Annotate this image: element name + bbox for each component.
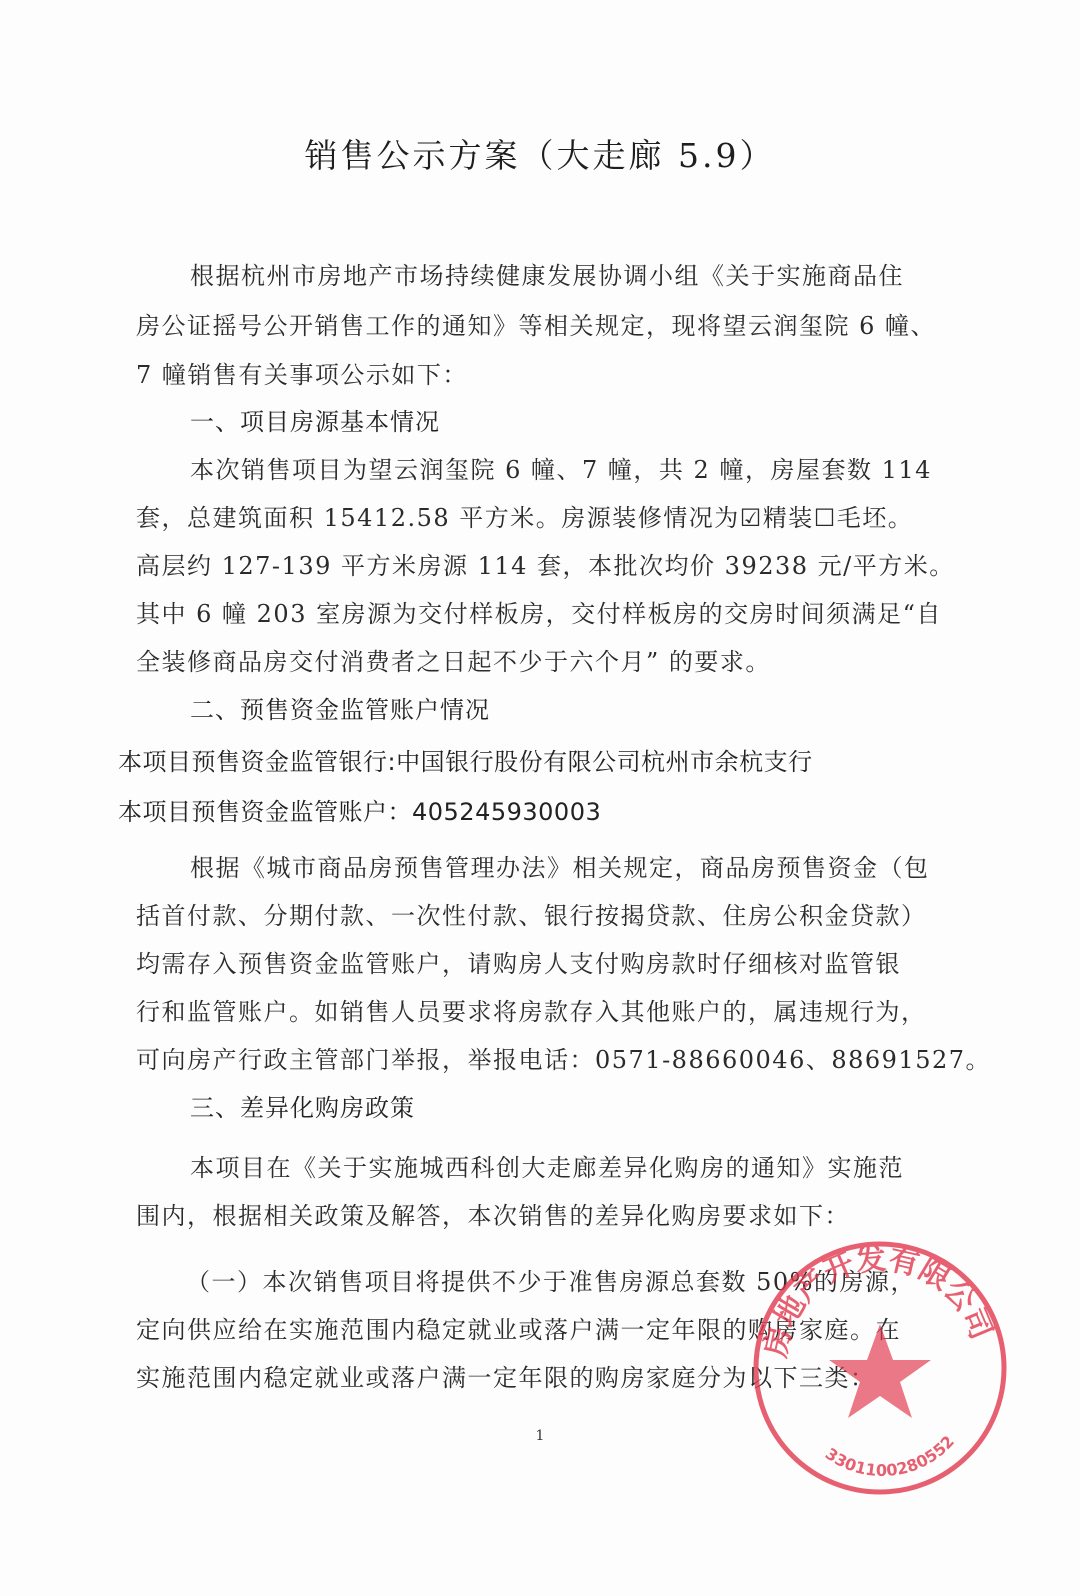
section3-line-2: 围内，根据相关政策及解答，本次销售的差异化购房要求如下：: [136, 1196, 850, 1231]
intro-line-1: 根据杭州市房地产市场持续健康发展协调小组《关于实施商品住: [190, 256, 904, 291]
section2-line-2: 括首付款、分期付款、一次性付款、银行按揭贷款、住房公积金贷款）: [136, 896, 927, 931]
section1-line-4: 其中 6 幢 203 室房源为交付样板房，交付样板房的交房时间须满足“自: [136, 594, 942, 629]
section2-line-1: 根据《城市商品房预售管理办法》相关规定，商品房预售资金（包: [190, 848, 930, 883]
section3-heading: 三、差异化购房政策: [190, 1088, 415, 1123]
section2-line-4: 行和监管账户。如销售人员要求将房款存入其他账户的，属违规行为，: [136, 992, 927, 1027]
intro-line-3: 7 幢销售有关事项公示如下：: [136, 355, 468, 390]
section1-line-2: 套，总建筑面积 15412.58 平方米。房源装修情况为☑精装☐毛坯。: [136, 498, 913, 533]
document-title: 销售公示方案（大走廊 5.9）: [0, 130, 1080, 177]
supervising-bank: 本项目预售资金监管银行:中国银行股份有限公司杭州市余杭支行: [118, 742, 813, 777]
company-seal-stamp: 房地产开发有限公司 3301100280552: [748, 1236, 1013, 1501]
section1-heading: 一、项目房源基本情况: [190, 402, 440, 437]
intro-line-2: 房公证摇号公开销售工作的通知》等相关规定，现将望云润玺院 6 幢、: [136, 306, 936, 341]
section2-heading: 二、预售资金监管账户情况: [190, 690, 490, 725]
seal-star-icon: [829, 1324, 931, 1418]
section2-line-3: 均需存入预售资金监管账户，请购房人支付购房款时仔细核对监管银: [136, 944, 901, 979]
section3-line-1: 本项目在《关于实施城西科创大走廊差异化购房的通知》实施范: [190, 1148, 904, 1183]
page-number: 1: [0, 1428, 1080, 1444]
section2-line-5: 可向房产行政主管部门举报，举报电话：0571-88660046、88691527…: [136, 1040, 991, 1075]
supervising-account: 本项目预售资金监管账户：405245930003: [118, 792, 601, 827]
section1-line-1: 本次销售项目为望云润玺院 6 幢、7 幢，共 2 幢，房屋套数 114: [190, 450, 932, 485]
section1-line-3: 高层约 127-139 平方米房源 114 套，本批次均价 39238 元/平方…: [136, 546, 955, 581]
document-page: 销售公示方案（大走廊 5.9） 根据杭州市房地产市场持续健康发展协调小组《关于实…: [0, 0, 1080, 1596]
section1-line-5: 全装修商品房交付消费者之日起不少于六个月” 的要求。: [136, 642, 771, 677]
